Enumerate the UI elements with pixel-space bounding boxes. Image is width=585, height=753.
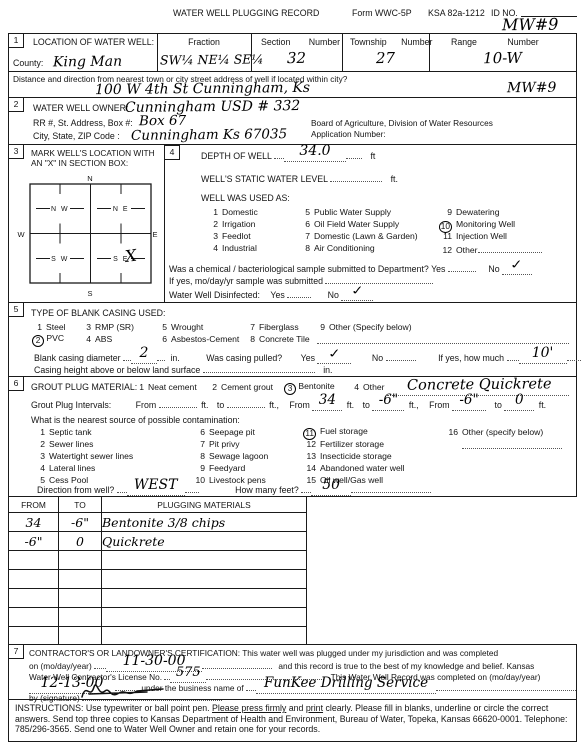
table-row: -6"0Quickrete — [9, 532, 307, 551]
fraction-label: Fraction — [157, 37, 251, 48]
option-label: Injection Well — [456, 231, 507, 241]
section-6-grout: 6 GROUT PLUG MATERIAL: 1Neat cement 2Cem… — [8, 376, 577, 497]
dotted-line — [346, 149, 362, 159]
no-blank: ✓ — [341, 289, 373, 301]
location-title: LOCATION OF WATER WELL: — [33, 37, 154, 48]
use-option: 9Dewatering — [435, 207, 499, 218]
option-number: 1 — [34, 322, 42, 333]
option-label: Air Conditioning — [314, 243, 375, 253]
section-1-badge: 1 — [9, 34, 24, 48]
option-label: Bentonite — [298, 381, 334, 391]
cell-to — [59, 570, 102, 589]
cell-to — [59, 627, 102, 646]
option-number: 2 — [205, 219, 218, 230]
static-level-label: WELL'S STATIC WATER LEVEL — [201, 174, 328, 184]
casing-height-unit: in. — [323, 365, 332, 375]
to-label: to — [495, 400, 502, 410]
owner-label: WATER WELL OWNER: — [33, 103, 128, 114]
dotted-line — [478, 243, 542, 253]
option-label: Domestic (Lawn & Garden) — [314, 231, 418, 241]
section-3-4-row: 3 MARK WELL'S LOCATION WITH AN "X" IN SE… — [8, 144, 577, 303]
direction-blank: WEST — [127, 484, 185, 496]
feet-value: 50 — [322, 480, 340, 491]
dotted-line — [325, 274, 433, 284]
to-label: to — [363, 400, 370, 410]
option-number: 9 — [317, 322, 325, 333]
section-3-badge: 3 — [9, 145, 24, 159]
option-label: Monitoring Well — [456, 219, 515, 229]
diameter-value: 2 — [140, 348, 149, 359]
interval-blank: -6" — [372, 399, 404, 411]
table-row: 34-6"Bentonite 3/8 chips — [9, 513, 307, 532]
range-label: Range — [451, 37, 477, 47]
township-col-header: Township Number — [342, 37, 432, 48]
dotted-line — [507, 351, 519, 361]
option-label: Neat cement — [148, 382, 197, 392]
feet-blank: 50 — [311, 484, 351, 496]
from-label: From — [289, 400, 310, 410]
option-number: 11 — [435, 231, 452, 242]
dotted-line — [351, 483, 431, 493]
yes-label: Yes — [270, 290, 284, 300]
interval-value: -6" — [459, 395, 478, 406]
option-number: 8 — [247, 334, 255, 345]
option-label: Septic tank — [49, 427, 92, 437]
sample-date-label: If yes, mo/day/yr sample was submitted — [169, 276, 323, 286]
option-label: Feedyard — [209, 463, 245, 473]
section-7-certification: 7 CONTRACTOR'S OR LANDOWNER'S CERTIFICAT… — [8, 644, 577, 700]
yes-label: Yes — [301, 353, 315, 363]
use-option: 11Injection Well — [435, 231, 507, 242]
yes-label: Yes — [431, 264, 445, 274]
option-number: 4 — [351, 382, 359, 393]
ft-label: ft. — [201, 400, 208, 410]
cell-to: 0 — [59, 532, 102, 551]
option-label: ABS — [95, 334, 112, 344]
section-divider — [164, 145, 165, 302]
interval-blank: 0 — [504, 399, 534, 411]
static-level-unit: ft. — [391, 174, 398, 184]
fraction-value: SW¼ NE¼ SE¼ — [160, 51, 264, 67]
option-label: Steel — [46, 322, 66, 332]
dotted-line — [287, 288, 311, 298]
dotted-line — [157, 351, 165, 361]
option-label: Fiberglass — [259, 322, 299, 332]
casing-title: TYPE OF BLANK CASING USED: — [31, 308, 165, 319]
grout-option: 1Neat cement — [136, 382, 197, 393]
interval-blank: 34 — [312, 399, 342, 411]
range-col-header: Range Number — [429, 37, 539, 48]
contamination-option: 13Insecticide storage — [299, 451, 392, 462]
form-title: WATER WELL PLUGGING RECORD — [173, 8, 319, 19]
water-well-plugging-record-form: WATER WELL PLUGGING RECORD Form WWC-5P K… — [0, 0, 585, 753]
cell-materials — [102, 570, 307, 589]
agency-label: Board of Agriculture, Division of Water … — [311, 118, 493, 129]
well-location-x-mark: X — [122, 245, 139, 266]
how-much-value: 10' — [532, 348, 554, 359]
no-label: No — [372, 353, 383, 363]
option-label: Sewage lagoon — [209, 451, 268, 461]
dotted-line — [274, 149, 284, 159]
contamination-option-selected: 11Fuel storage — [299, 426, 368, 440]
instructions-underlined: Please press firmly — [212, 703, 286, 713]
option-number: 9 — [192, 463, 205, 474]
section-1-location: 1 LOCATION OF WATER WELL: County: King M… — [8, 33, 577, 72]
option-label: Lateral lines — [49, 463, 95, 473]
grout-title: GROUT PLUG MATERIAL: — [31, 382, 137, 393]
cell-materials — [102, 589, 307, 608]
option-label: Oil Field Water Supply — [314, 219, 399, 229]
quadrant-nw: N W — [51, 206, 69, 213]
col-from: FROM — [9, 497, 59, 513]
no-label: No — [328, 290, 339, 300]
option-number: 4 — [37, 463, 45, 474]
table-row — [9, 551, 307, 570]
mark-box-title-2: AN "X" IN SECTION BOX: — [31, 158, 128, 169]
option-label: Fertilizer storage — [320, 439, 384, 449]
section-col-header: Section Number — [251, 37, 340, 48]
dotted-line — [203, 363, 315, 373]
quadrant-ne: N E — [113, 206, 129, 213]
casing-height-label: Casing height above or below land surfac… — [34, 365, 200, 375]
certification-line-1: CONTRACTOR'S OR LANDOWNER'S CERTIFICATIO… — [29, 648, 498, 659]
well-id-note: MW#9 — [507, 80, 557, 97]
contamination-option: 4Lateral lines — [37, 463, 95, 474]
plugging-materials-table: FROM TO PLUGGING MATERIALS 34-6"Bentonit… — [8, 496, 307, 646]
ft-label: ft. — [347, 400, 354, 410]
cell-materials — [102, 608, 307, 627]
instructions-underlined: print — [306, 703, 323, 713]
option-label: Other — [456, 245, 478, 255]
option-label: Other (specify below) — [462, 427, 543, 437]
option-number: 5 — [159, 322, 167, 333]
casing-option: 7Fiberglass — [247, 322, 299, 333]
sample-question: Was a chemical / bacteriological sample … — [169, 264, 429, 274]
no-blank: ✓ — [502, 263, 532, 275]
option-label: Asbestos-Cement — [171, 334, 239, 344]
option-label: Other — [363, 382, 385, 392]
col-to: TO — [59, 497, 102, 513]
option-number: 5 — [297, 207, 310, 218]
col-materials: PLUGGING MATERIALS — [102, 497, 307, 513]
dotted-line — [117, 483, 127, 493]
cell-from — [9, 570, 59, 589]
use-option: 7Domestic (Lawn & Garden) — [297, 231, 418, 242]
depth-unit: ft — [370, 151, 375, 161]
dotted-line — [436, 681, 576, 691]
option-label: Other (Specify below) — [329, 322, 412, 332]
depth-label: DEPTH OF WELL — [201, 151, 272, 161]
dotted-line — [202, 659, 272, 669]
section-6-badge: 6 — [9, 377, 24, 391]
option-label: Dewatering — [456, 207, 499, 217]
depth-of-well-line: DEPTH OF WELL 34.0 ft — [201, 149, 375, 162]
use-option: 6Oil Field Water Supply — [297, 219, 399, 230]
number-label: Number — [507, 37, 538, 47]
contamination-option: 8Sewage lagoon — [192, 451, 268, 462]
use-option: 1Domestic — [205, 207, 258, 218]
to-label: to — [217, 400, 224, 410]
no-label: No — [488, 264, 499, 274]
how-much-blank: 10' — [519, 352, 567, 364]
grout-option: 2Cement grout — [209, 382, 273, 393]
cell-materials: Bentonite 3/8 chips — [102, 513, 307, 532]
option-number: 6 — [297, 219, 310, 230]
option-number: 12 — [299, 439, 316, 450]
cell-from — [9, 551, 59, 570]
contamination-label: What is the nearest source of possible c… — [31, 415, 240, 426]
use-option: 2Irrigation — [205, 219, 255, 230]
option-number: 8 — [297, 243, 310, 254]
option-number: 6 — [192, 427, 205, 438]
dotted-line — [301, 483, 311, 493]
from-label: From — [429, 400, 450, 410]
table-row — [9, 589, 307, 608]
interval-value: -6" — [379, 395, 398, 406]
direction-line: Direction from well? WEST How many feet?… — [37, 483, 431, 496]
option-number: 12 — [435, 245, 452, 256]
other-specify-line — [462, 439, 562, 449]
distance-value: 100 W 4th St Cunningham, Ks — [95, 80, 310, 98]
contamination-option: 7Pit privy — [192, 439, 240, 450]
number-label: Number — [401, 37, 432, 47]
other-specify-line — [317, 334, 569, 344]
option-label: Pit privy — [209, 439, 240, 449]
township-value: 27 — [342, 49, 429, 68]
direction-label: Direction from well? — [37, 485, 114, 495]
casing-option: 3RMP (SR) — [83, 322, 134, 333]
option-number: 7 — [192, 439, 205, 450]
cell-from — [9, 608, 59, 627]
section-location-grid: N S W E N W N E S W S E X — [14, 171, 160, 299]
option-label: Domestic — [222, 207, 258, 217]
diameter-unit: in. — [170, 353, 179, 363]
contamination-option: 16Other (specify below) — [441, 427, 543, 438]
option-number: 13 — [299, 451, 316, 462]
no-check-mark: ✓ — [509, 258, 525, 271]
dotted-line — [227, 398, 265, 408]
table-row — [9, 627, 307, 646]
option-number: 3 — [83, 322, 91, 333]
dotted-line — [123, 351, 131, 361]
yes-check-mark: ✓ — [327, 347, 343, 360]
instructions-text: INSTRUCTIONS: Use typewriter or ball poi… — [15, 703, 212, 713]
direction-value: WEST — [134, 480, 178, 491]
table-row — [9, 570, 307, 589]
contamination-option: 9Feedyard — [192, 463, 245, 474]
dotted-line — [185, 483, 199, 493]
option-number: 3 — [37, 451, 45, 462]
casing-option: 8Concrete Tile — [247, 334, 310, 345]
from-label: From — [136, 400, 157, 410]
distance-row: Distance and direction from nearest town… — [8, 71, 577, 98]
cell-materials — [102, 627, 307, 646]
range-value: 10-W — [429, 48, 576, 68]
quadrant-sw: S W — [51, 256, 69, 263]
option-label: Insecticide storage — [320, 451, 392, 461]
option-number: 11 — [299, 426, 316, 440]
cell-materials: Quickrete — [102, 532, 307, 551]
casing-option: 9Other (Specify below) — [317, 322, 412, 333]
used-as-label: WELL WAS USED AS: — [201, 193, 290, 204]
section-label: Section — [261, 37, 290, 47]
depth-blank: 34.0 — [284, 150, 346, 162]
section-7-badge: 7 — [9, 645, 24, 659]
option-label: Fuel storage — [320, 426, 368, 436]
option-number: 9 — [435, 207, 452, 218]
township-label: Township — [350, 37, 387, 47]
instructions-text: and — [286, 703, 306, 713]
circled-number: 2 — [32, 335, 44, 347]
section-4-badge: 4 — [164, 145, 180, 160]
compass-west: W — [17, 230, 25, 239]
option-number: 8 — [192, 451, 205, 462]
sample-date-line: If yes, mo/day/yr sample was submitted — [169, 274, 433, 287]
section-5-casing: 5 TYPE OF BLANK CASING USED: 1Steel 3RMP… — [8, 302, 577, 377]
option-label: Feedlot — [222, 231, 251, 241]
option-number: 1 — [136, 382, 144, 393]
grout-intervals-line: Grout Plug Intervals: From ft. to ft., F… — [31, 398, 546, 411]
interval-value: 0 — [515, 395, 524, 406]
static-level-line: WELL'S STATIC WATER LEVEL ft. — [201, 172, 398, 185]
county-value: King Man — [53, 54, 122, 71]
cell-from: 34 — [9, 513, 59, 532]
depth-value: 34.0 — [299, 146, 330, 157]
option-label: Abandoned water well — [320, 463, 405, 473]
compass-south: S — [87, 289, 92, 298]
option-label: Irrigation — [222, 219, 255, 229]
number-label: Number — [309, 37, 340, 47]
use-option: 3Feedlot — [205, 231, 251, 242]
option-number: 4 — [83, 334, 91, 345]
cell-to: -6" — [59, 513, 102, 532]
dotted-line — [567, 351, 581, 361]
option-number: 4 — [205, 243, 218, 254]
disinfected-label: Water Well Disinfected: — [169, 290, 260, 300]
section-2-owner: 2 WATER WELL OWNER: Cunningham USD # 332… — [8, 97, 577, 145]
cell-materials — [102, 551, 307, 570]
application-number-label: Application Number: — [311, 129, 386, 140]
diameter-label: Blank casing diameter — [34, 353, 121, 363]
casing-height-line: Casing height above or below land surfac… — [34, 363, 332, 376]
cell-to — [59, 551, 102, 570]
county-label: County: — [13, 58, 43, 69]
form-number: Form WWC-5P — [352, 8, 412, 19]
option-label: Watertight sewer lines — [49, 451, 133, 461]
dotted-line — [330, 172, 382, 182]
contamination-option: 6Seepage pit — [192, 427, 255, 438]
interval-blank: -6" — [452, 399, 486, 411]
ft-label: ft., — [409, 400, 419, 410]
cell-from — [9, 627, 59, 646]
how-much-label: If yes, how much — [438, 353, 504, 363]
contamination-option: 12Fertilizer storage — [299, 439, 384, 450]
contamination-option: 2Sewer lines — [37, 439, 93, 450]
compass-east: E — [152, 230, 157, 239]
casing-pulled-label: Was casing pulled? — [206, 353, 282, 363]
other-grout-value: Concrete Quickrete — [407, 376, 552, 394]
interval-value: 34 — [319, 395, 336, 406]
use-option: 5Public Water Supply — [297, 207, 391, 218]
option-number: 16 — [441, 427, 458, 438]
contamination-option: 14Abandoned water well — [299, 463, 405, 474]
option-number: 2 — [37, 439, 45, 450]
ksa-statute: KSA 82a-1212 — [428, 8, 485, 19]
casing-option: 1Steel — [34, 322, 66, 333]
cell-from — [9, 589, 59, 608]
circled-number: 3 — [284, 383, 296, 395]
use-option: 12Other — [435, 243, 542, 256]
intervals-label: Grout Plug Intervals: — [31, 400, 111, 410]
ft-label: ft., — [269, 400, 279, 410]
contamination-option: 3Watertight sewer lines — [37, 451, 133, 462]
option-number: 7 — [297, 231, 310, 242]
option-number: 1 — [205, 207, 218, 218]
use-option: 4Industrial — [205, 243, 257, 254]
section-value: 32 — [251, 49, 342, 68]
table-header-row: FROM TO PLUGGING MATERIALS — [9, 497, 307, 513]
option-label: Sewer lines — [49, 439, 93, 449]
option-label: Cement grout — [221, 382, 273, 392]
address-label: RR #, St. Address, Box #: — [33, 118, 133, 129]
option-number: 1 — [37, 427, 45, 438]
dotted-line — [159, 398, 197, 408]
ft-label: ft. — [539, 400, 546, 410]
casing-option: 5Wrought — [159, 322, 203, 333]
dotted-line — [386, 351, 416, 361]
compass-north: N — [87, 174, 92, 183]
id-no-handwritten: MW#9 — [502, 15, 559, 35]
option-label: Seepage pit — [209, 427, 255, 437]
disinfected-line: Water Well Disinfected: Yes No ✓ — [169, 288, 373, 301]
option-number: 7 — [247, 322, 255, 333]
option-label: RMP (SR) — [95, 322, 134, 332]
option-label: PVC — [46, 333, 64, 343]
casing-option: 4ABS — [83, 334, 112, 345]
option-number: 6 — [159, 334, 167, 345]
instructions-box: INSTRUCTIONS: Use typewriter or ball poi… — [8, 699, 577, 742]
business-name-blank: FunKee Drilling Service — [256, 682, 436, 694]
dotted-line — [94, 659, 106, 669]
option-label: Wrought — [171, 322, 203, 332]
option-number: 14 — [299, 463, 316, 474]
contamination-option: 1Septic tank — [37, 427, 92, 438]
section-2-badge: 2 — [9, 98, 24, 112]
no-check-mark: ✓ — [350, 284, 366, 297]
city-label: City, State, ZIP Code : — [33, 131, 120, 142]
cell-from: -6" — [9, 532, 59, 551]
casing-option-selected: 2 PVC — [32, 333, 64, 347]
option-number: 2 — [209, 382, 217, 393]
cell-to — [59, 608, 102, 627]
option-label: Concrete Tile — [259, 334, 310, 344]
use-option: 8Air Conditioning — [297, 243, 375, 254]
cell-to — [59, 589, 102, 608]
option-label: Public Water Supply — [314, 207, 391, 217]
table-row — [9, 608, 307, 627]
city-value: Cunningham Ks 67035 — [131, 126, 287, 144]
dotted-line — [246, 681, 256, 691]
section-5-badge: 5 — [9, 303, 24, 317]
business-name-value: FunKee Drilling Service — [264, 678, 428, 689]
dotted-line — [448, 262, 476, 272]
option-label: Industrial — [222, 243, 257, 253]
license-value: 575 — [176, 667, 201, 678]
option-number: 3 — [205, 231, 218, 242]
feet-label: How many feet? — [235, 485, 299, 495]
casing-option: 6Asbestos-Cement — [159, 334, 239, 345]
